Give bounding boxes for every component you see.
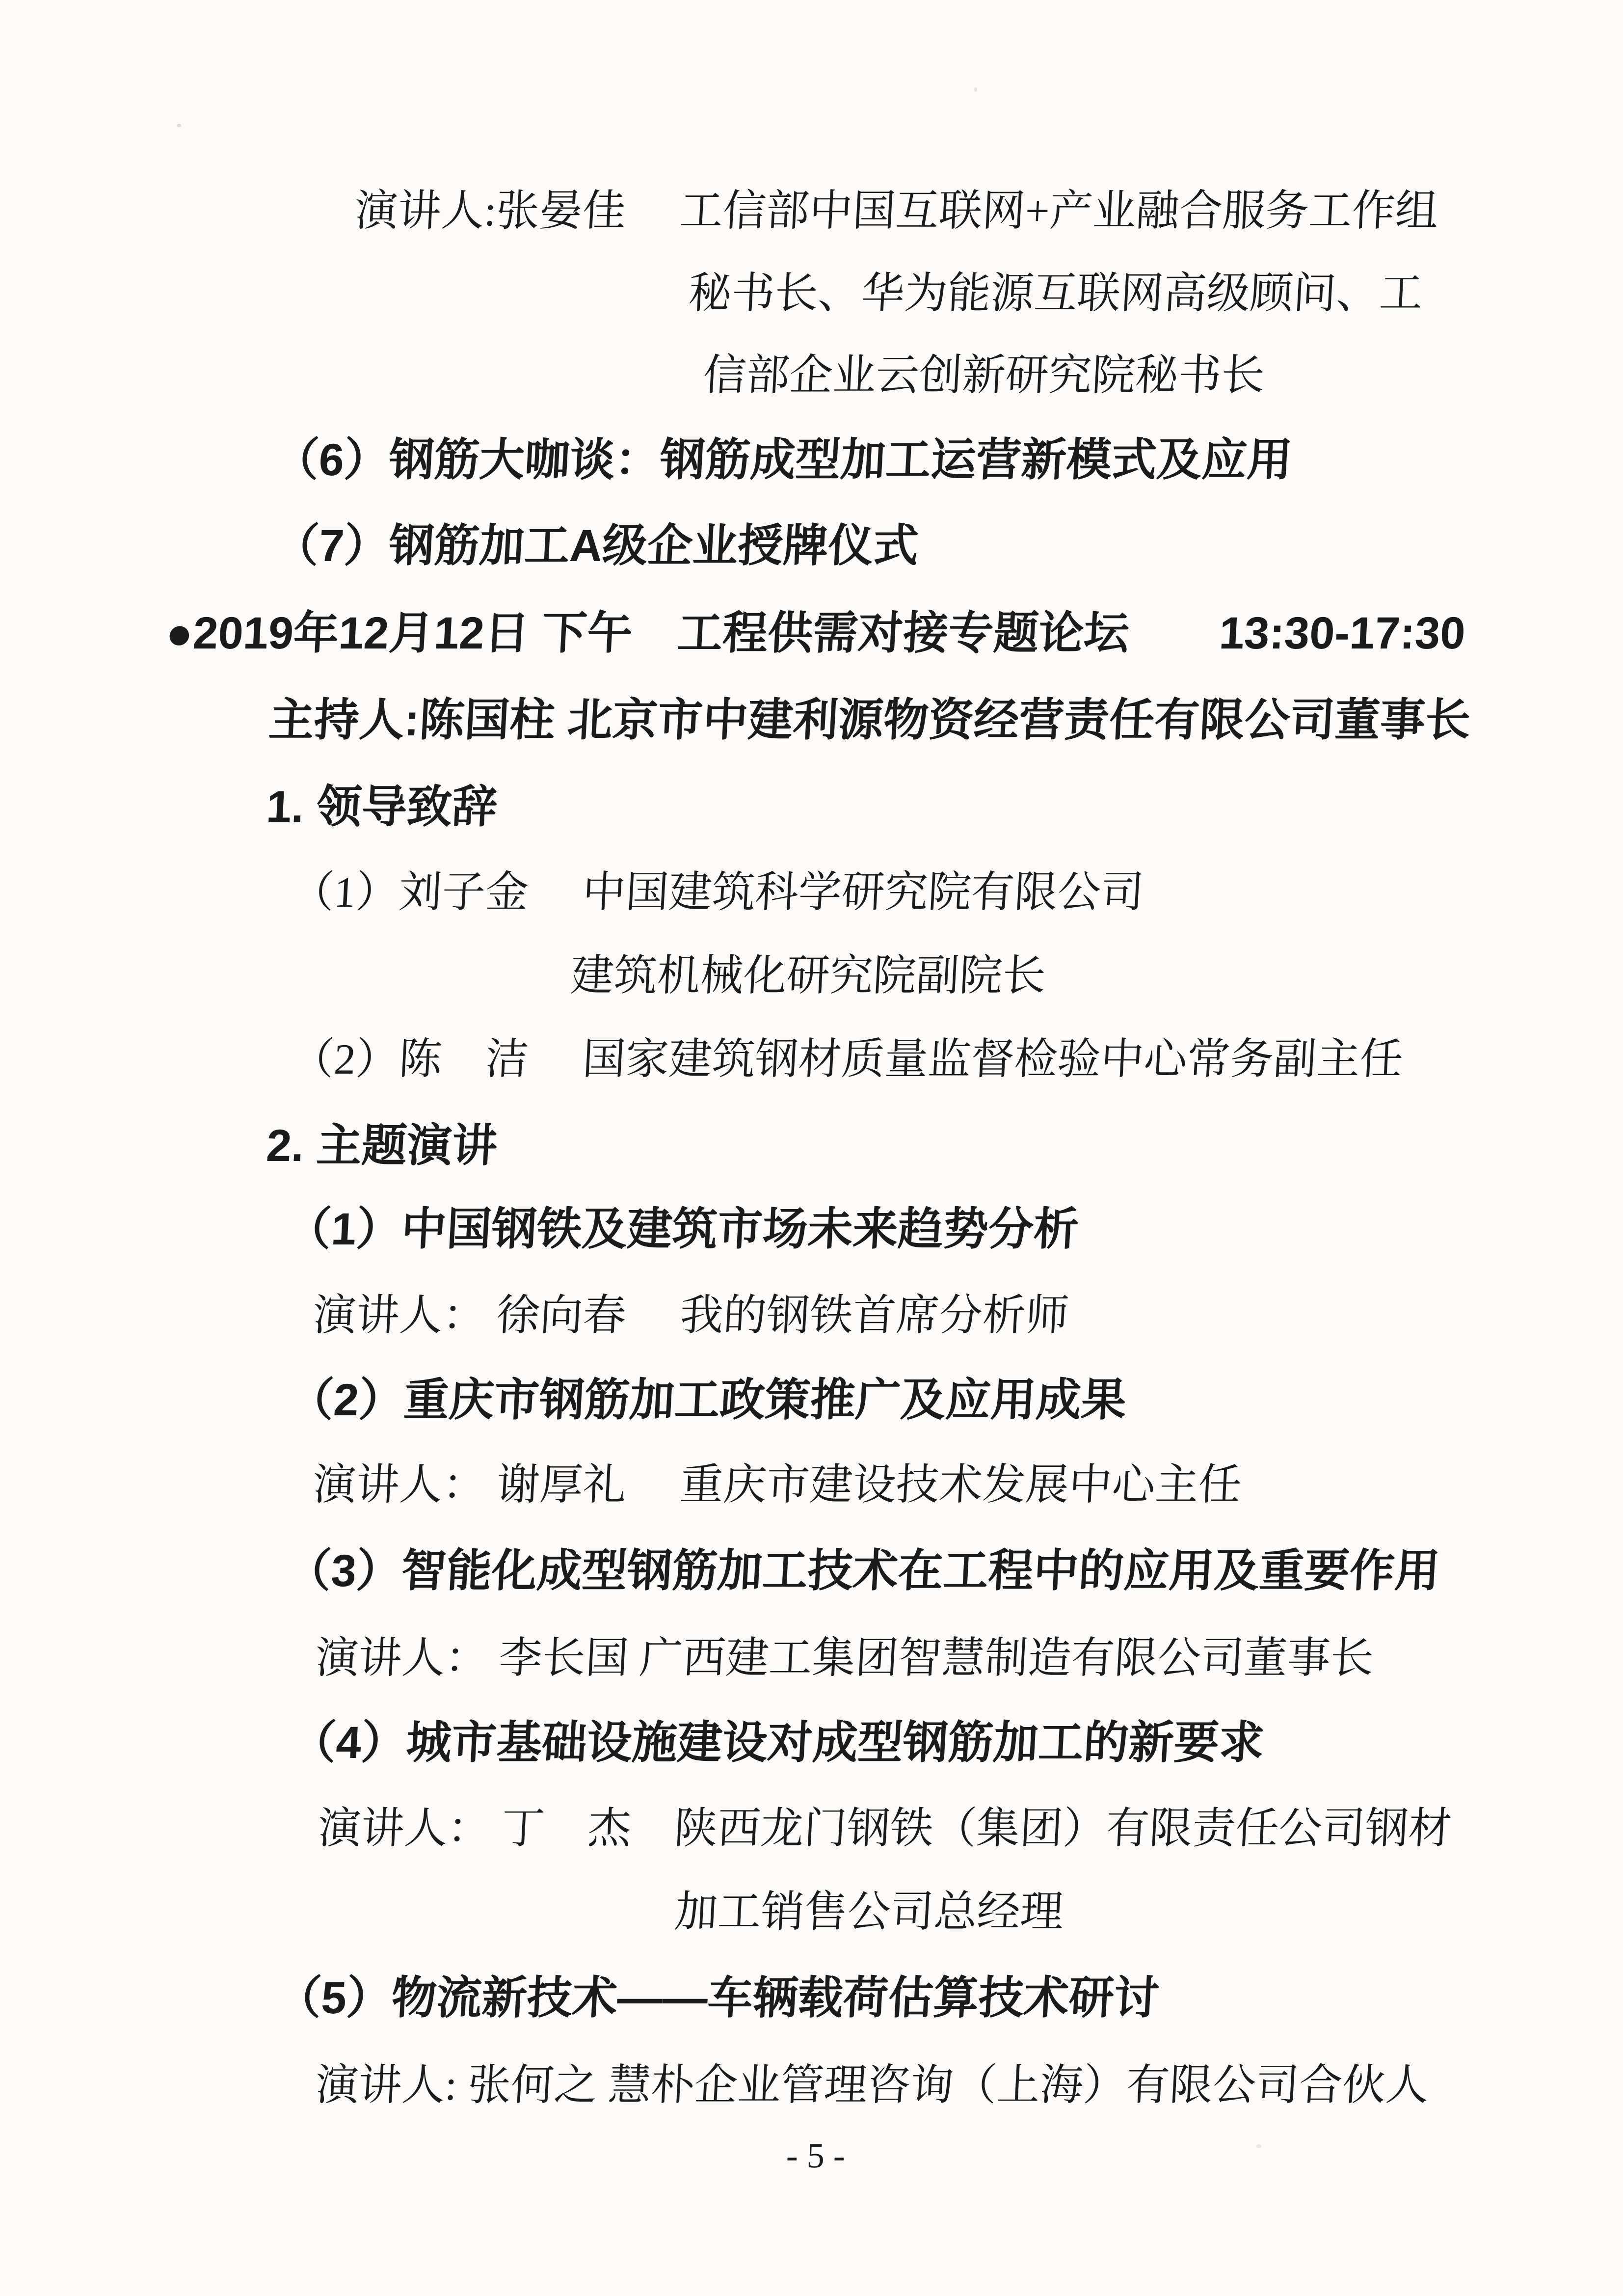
keynote-topic-3: （3）智能化成型钢筋加工技术在工程中的应用及重要作用 — [285, 1545, 1441, 1597]
scan-artifact — [974, 87, 977, 92]
scan-artifact — [177, 124, 181, 127]
section-2-heading: 2. 主题演讲 — [265, 1120, 499, 1172]
keynote-speaker-4: 演讲人： 丁 杰 陕西龙门钢铁（集团）有限责任公司钢材 — [317, 1804, 1453, 1854]
leader-speech-2: （2）陈 洁 国家建筑钢材质量监督检验中心常务副主任 — [290, 1035, 1404, 1084]
agenda-item-6: （6）钢筋大咖谈：钢筋成型加工运营新模式及应用 — [272, 434, 1294, 486]
keynote-topic-1: （1）中国钢铁及建筑市场未来趋势分析 — [285, 1204, 1080, 1256]
agenda-item-7: （7）钢筋加工A级企业授牌仪式 — [272, 520, 920, 572]
page-number: - 5 - — [786, 2135, 846, 2176]
moderator-line: 主持人:陈国柱 北京市中建利源物资经营责任有限公司董事长 — [267, 695, 1472, 747]
keynote-speaker-3: 演讲人： 李长国 广西建工集团智慧制造有限公司董事长 — [314, 1634, 1375, 1683]
scanned-page: 演讲人:张晏佳 工信部中国互联网+产业融合服务工作组 秘书长、华为能源互联网高级… — [0, 0, 1623, 2296]
session-header-dec12-afternoon: ●2019年12月12日 下午 工程供需对接专题论坛 13:30-17:30 — [164, 608, 1466, 660]
leader-speech-1-continuation: 建筑机械化研究院副院长 — [569, 951, 1047, 1001]
section-1-heading: 1. 领导致辞 — [265, 782, 499, 834]
keynote-topic-5: （5）物流新技术——车辆载荷估算技术研讨 — [275, 1972, 1161, 2025]
leader-speech-1: （1）刘子金 中国建筑科学研究院有限公司 — [290, 868, 1145, 918]
keynote-speaker-5: 演讲人: 张何之 慧朴企业管理咨询（上海）有限公司合伙人 — [314, 2061, 1430, 2110]
keynote-topic-4: （4）城市基础设施建设对成型钢筋加工的新要求 — [290, 1717, 1266, 1769]
speaker-line-continuation-2: 信部企业云创新研究院秘书长 — [702, 351, 1266, 401]
speaker-line-continuation-1: 秘书长、华为能源互联网高级顾问、工 — [687, 269, 1424, 319]
speaker-line-zhang-yanjia: 演讲人:张晏佳 工信部中国互联网+产业融合服务工作组 — [353, 187, 1439, 236]
scan-artifact — [1256, 2144, 1261, 2148]
keynote-speaker-4-continuation: 加工销售公司总经理 — [673, 1888, 1064, 1937]
keynote-speaker-1: 演讲人： 徐向春 我的钢铁首席分析师 — [312, 1291, 1070, 1341]
keynote-speaker-2: 演讲人： 谢厚礼 重庆市建设技术发展中心主任 — [312, 1460, 1243, 1510]
keynote-topic-2: （2）重庆市钢筋加工政策推广及应用成果 — [287, 1375, 1128, 1427]
